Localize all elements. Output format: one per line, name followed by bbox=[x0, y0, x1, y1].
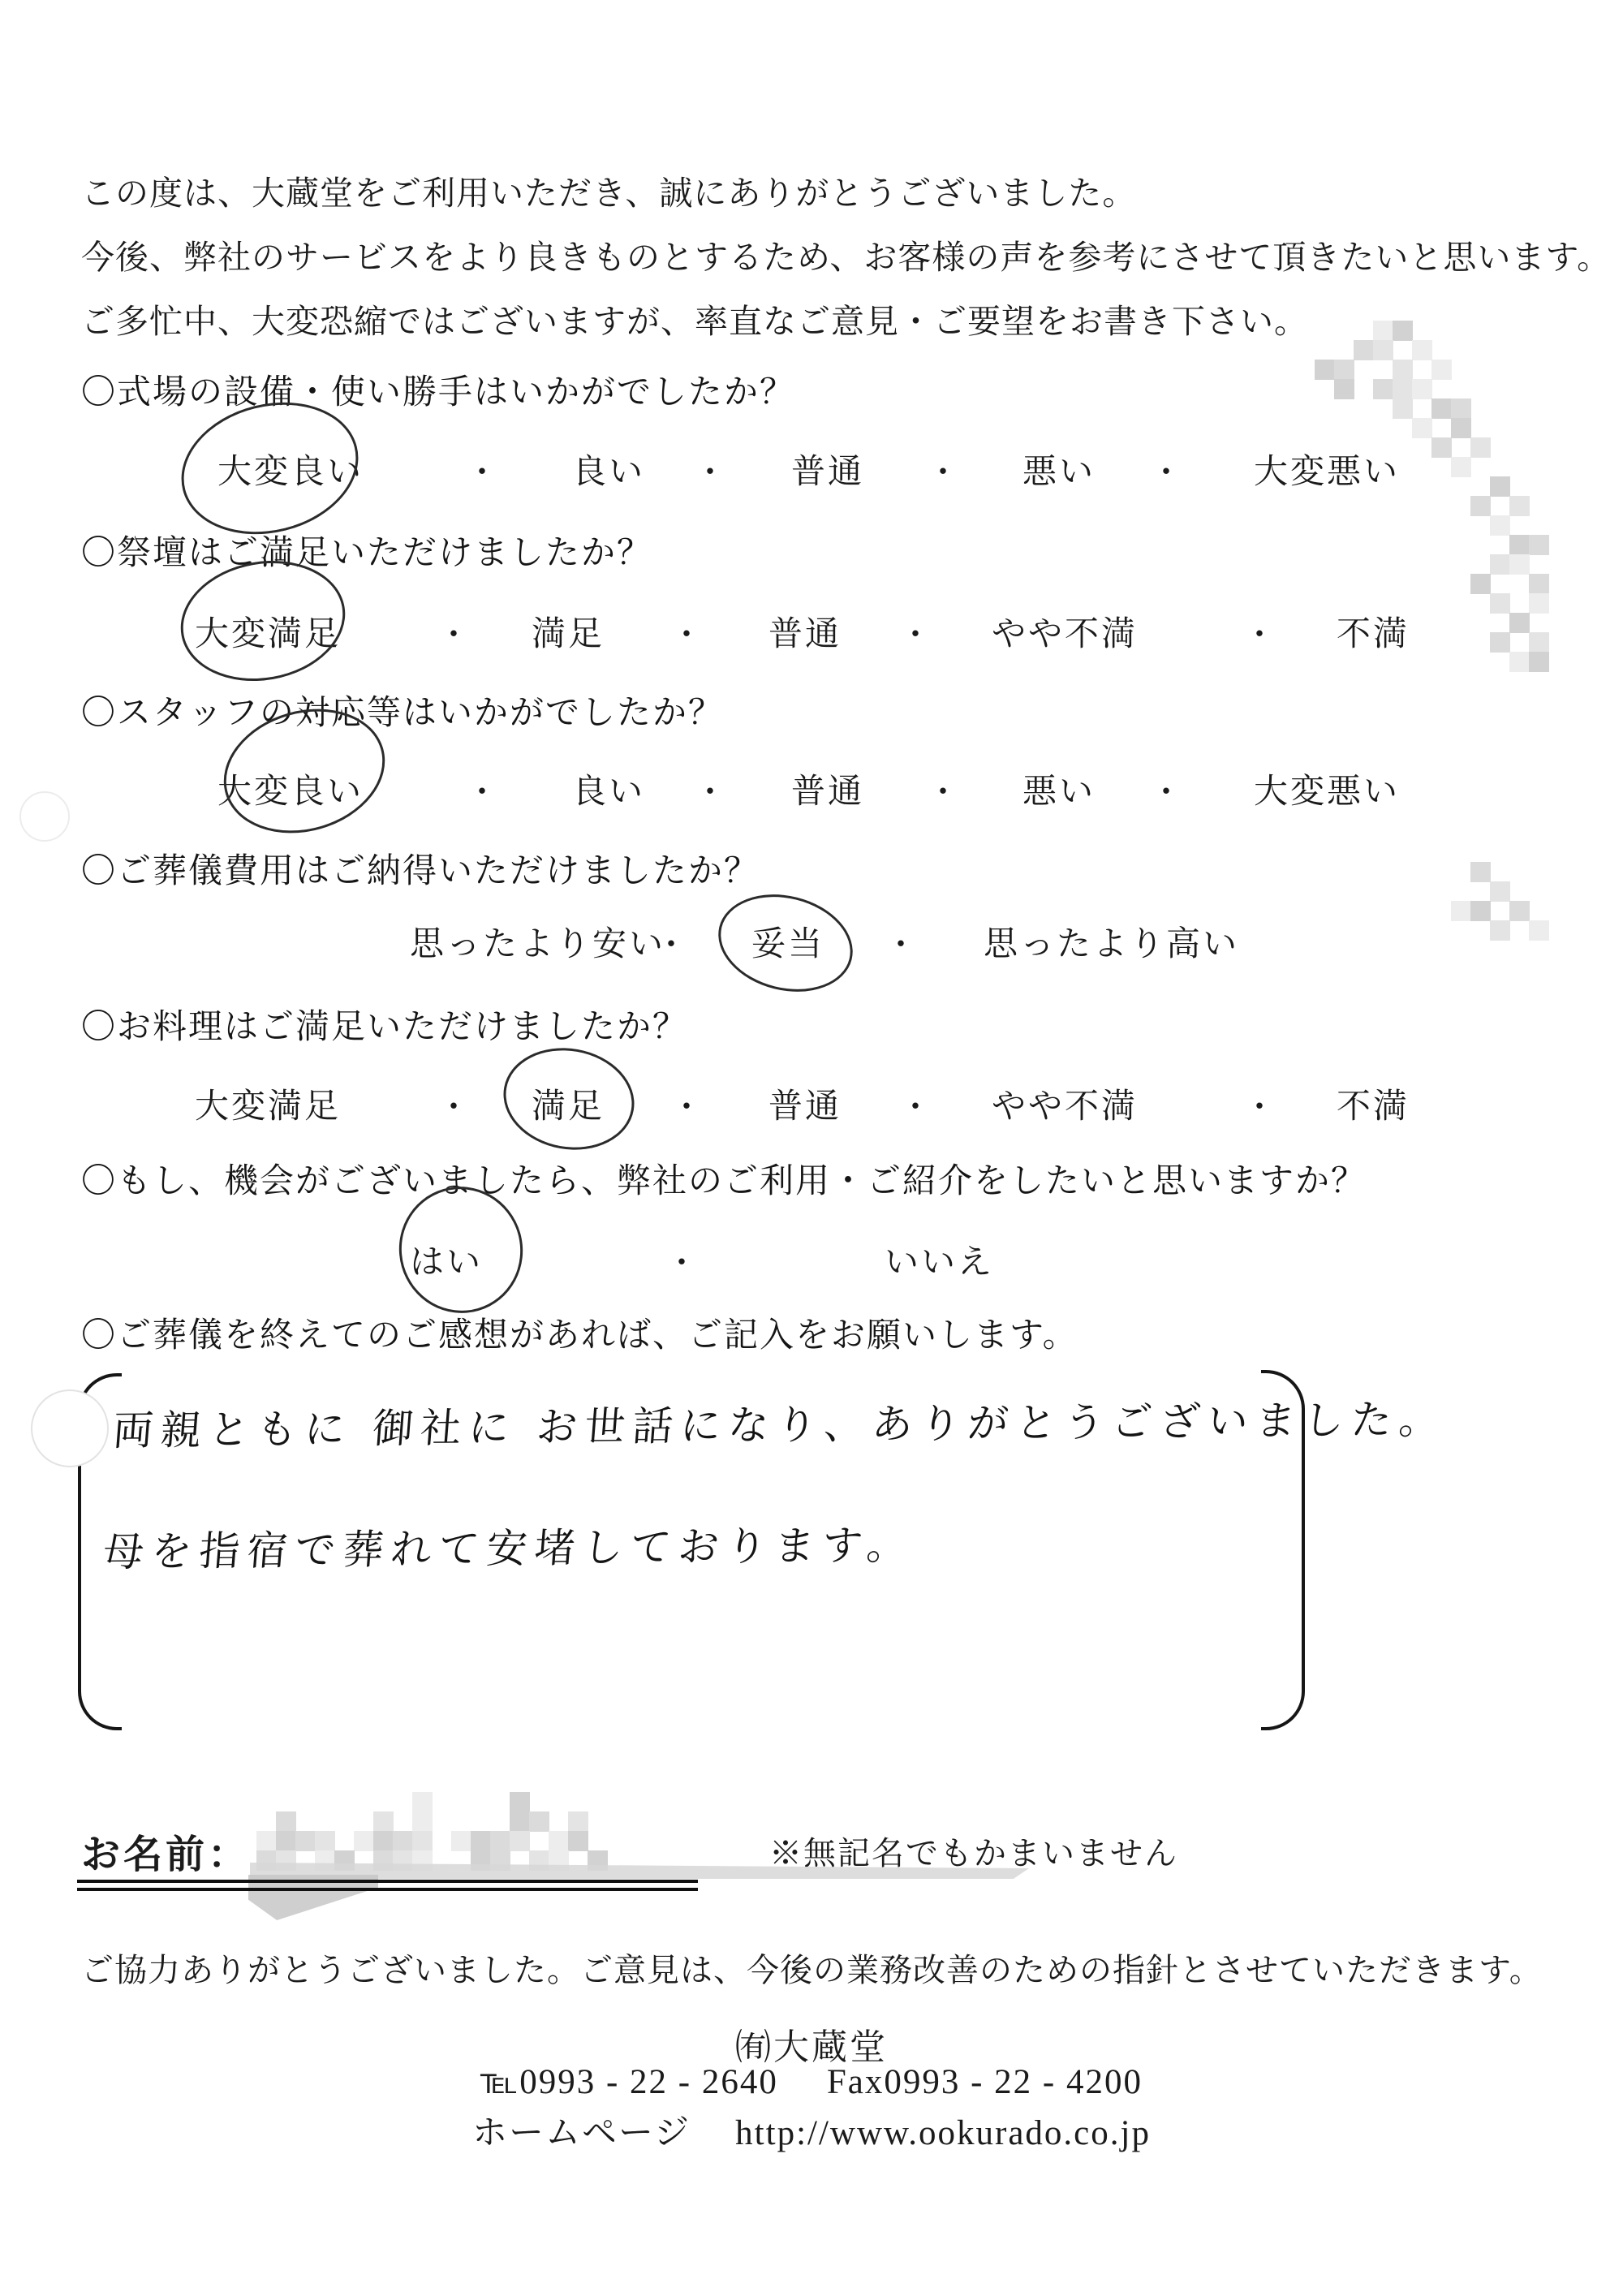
name-underline-bottom bbox=[77, 1888, 698, 1891]
option-separator-dot: ・ bbox=[670, 609, 703, 655]
closing-text: ご協力ありがとうございました。ご意見は、今後の業務改善のための指針とさせていただ… bbox=[81, 1945, 1543, 1991]
mosaic-block bbox=[1470, 496, 1491, 516]
option-separator-dot: ・ bbox=[655, 919, 687, 965]
mosaic-block bbox=[510, 1831, 530, 1851]
mosaic-block bbox=[568, 1831, 588, 1851]
mosaic-block bbox=[1529, 593, 1549, 614]
question-1-option: 悪い bbox=[1022, 445, 1096, 493]
mosaic-block bbox=[490, 1831, 510, 1851]
question-1-prompt: 〇式場の設備・使い勝手はいかがでしたか？ bbox=[81, 365, 795, 414]
mosaic-block bbox=[1451, 901, 1471, 921]
mosaic-block bbox=[510, 1811, 530, 1832]
mosaic-block bbox=[354, 1831, 374, 1851]
option-separator-dot: ・ bbox=[927, 446, 959, 493]
footer-contact: ℡0993 - 22 - 2640Fax0993 - 22 - 4200 bbox=[0, 2061, 1623, 2102]
option-separator-dot: ・ bbox=[899, 609, 932, 655]
mosaic-block bbox=[1490, 515, 1510, 536]
mosaic-block bbox=[1490, 920, 1510, 941]
option-separator-dot: ・ bbox=[1150, 766, 1182, 812]
mosaic-block bbox=[1490, 476, 1510, 497]
mosaic-block bbox=[373, 1811, 394, 1832]
mosaic-block bbox=[1529, 574, 1549, 594]
handdrawn-selection-circle bbox=[495, 1038, 642, 1160]
option-separator-dot: ・ bbox=[885, 919, 917, 965]
handwritten-comment-line-1: 両親ともに 御社に お世話になり、ありがとうございました。 bbox=[111, 1387, 1450, 1457]
question-6-prompt: 〇もし、機会がございましたら、弊社のご利用・ご紹介をしたいと思いますか？ bbox=[81, 1154, 1367, 1203]
option-separator-dot: ・ bbox=[899, 1081, 932, 1127]
question-2-option: 不満 bbox=[1337, 607, 1410, 656]
mosaic-block bbox=[1470, 437, 1491, 458]
mosaic-block bbox=[1431, 437, 1452, 458]
question-3-option: 普通 bbox=[791, 765, 864, 813]
mosaic-block bbox=[529, 1811, 549, 1832]
question-4-option: 思ったより安い bbox=[410, 917, 665, 966]
option-separator-dot: ・ bbox=[1243, 609, 1276, 655]
option-separator-dot: ・ bbox=[927, 766, 959, 812]
mosaic-block bbox=[471, 1831, 491, 1851]
question-5-option: 普通 bbox=[768, 1079, 842, 1128]
mosaic-block bbox=[295, 1831, 316, 1851]
mosaic-block bbox=[1529, 920, 1549, 941]
question-5-option: やや不満 bbox=[992, 1079, 1138, 1128]
mosaic-block bbox=[412, 1811, 433, 1832]
survey-page: この度は、大蔵堂をご利用いただき、誠にありがとうございました。 今後、弊社のサー… bbox=[0, 0, 1623, 2296]
punch-hole-artifact bbox=[31, 1389, 109, 1467]
mosaic-block bbox=[1509, 496, 1530, 516]
mosaic-block bbox=[412, 1831, 433, 1851]
question-3-prompt: 〇スタッフの対応等はいかがでしたか？ bbox=[81, 686, 724, 734]
mosaic-block bbox=[1393, 379, 1413, 399]
handwritten-comment-line-2: 母を指宿で葬れて安堵しております。 bbox=[101, 1513, 917, 1579]
question-3-option: 良い bbox=[572, 765, 645, 813]
question-1-option: 大変悪い bbox=[1254, 445, 1400, 493]
option-separator-dot: ・ bbox=[437, 1081, 470, 1127]
mosaic-block bbox=[276, 1831, 296, 1851]
mosaic-block bbox=[1470, 574, 1491, 594]
mosaic-block bbox=[393, 1831, 413, 1851]
question-2-option: 普通 bbox=[768, 607, 842, 656]
mosaic-block bbox=[1334, 360, 1354, 380]
name-field-label: お名前： bbox=[81, 1823, 250, 1879]
mosaic-block bbox=[315, 1831, 335, 1851]
option-separator-dot: ・ bbox=[1243, 1081, 1276, 1127]
mosaic-block bbox=[1490, 632, 1510, 653]
option-separator-dot: ・ bbox=[665, 1237, 698, 1283]
question-2-prompt: 〇祭壇はご満足いただけましたか？ bbox=[81, 526, 652, 575]
name-underline-top bbox=[77, 1880, 698, 1883]
mosaic-block bbox=[1470, 901, 1491, 921]
mosaic-block bbox=[1412, 418, 1432, 438]
mosaic-block bbox=[373, 1831, 394, 1851]
mosaic-block bbox=[1451, 418, 1471, 438]
mosaic-block bbox=[1393, 398, 1413, 419]
mosaic-block bbox=[1354, 340, 1374, 360]
mosaic-block bbox=[451, 1831, 471, 1851]
mosaic-block bbox=[1334, 379, 1354, 399]
mosaic-block bbox=[1509, 613, 1530, 633]
comment-prompt: 〇ご葬儀を終えてのご感想があれば、ご記入をお願いします。 bbox=[81, 1308, 1078, 1357]
option-separator-dot: ・ bbox=[694, 446, 726, 493]
question-1-option: 普通 bbox=[791, 445, 864, 493]
mosaic-block bbox=[1470, 862, 1491, 882]
mosaic-block bbox=[1490, 593, 1510, 614]
mosaic-block bbox=[1393, 360, 1413, 380]
question-4-prompt: 〇ご葬儀費用はご納得いただけましたか？ bbox=[81, 844, 760, 893]
option-separator-dot: ・ bbox=[466, 446, 498, 493]
mosaic-block bbox=[1451, 398, 1471, 419]
mosaic-block bbox=[1509, 652, 1530, 672]
option-separator-dot: ・ bbox=[670, 1081, 703, 1127]
mosaic-block bbox=[1373, 321, 1393, 341]
mosaic-block bbox=[412, 1792, 433, 1812]
punch-hole-artifact bbox=[19, 791, 70, 842]
mosaic-block bbox=[1509, 535, 1530, 555]
option-separator-dot: ・ bbox=[1150, 446, 1182, 493]
mosaic-block bbox=[1529, 652, 1549, 672]
mosaic-block bbox=[1509, 901, 1530, 921]
question-2-option: 満足 bbox=[532, 607, 605, 656]
mosaic-block bbox=[256, 1831, 277, 1851]
mosaic-block bbox=[1373, 379, 1393, 399]
mosaic-block bbox=[1529, 632, 1549, 653]
question-3-option: 悪い bbox=[1022, 765, 1096, 813]
intro-line-1: この度は、大蔵堂をご利用いただき、誠にありがとうございました。 bbox=[81, 166, 1611, 214]
footer-homepage: ホームページhttp://www.ookurado.co.jp bbox=[0, 2105, 1623, 2155]
question-4-option: 思ったより高い bbox=[984, 917, 1239, 966]
mosaic-block bbox=[549, 1831, 569, 1851]
mosaic-block bbox=[1412, 379, 1432, 399]
option-separator-dot: ・ bbox=[466, 766, 498, 812]
question-5-option: 不満 bbox=[1337, 1079, 1410, 1128]
mosaic-block bbox=[1490, 554, 1510, 575]
mosaic-block bbox=[510, 1792, 530, 1812]
mosaic-block bbox=[1393, 321, 1413, 341]
mosaic-block bbox=[1509, 554, 1530, 575]
mosaic-block bbox=[1490, 881, 1510, 902]
question-6-option: いいえ bbox=[885, 1235, 994, 1284]
intro-line-2: 今後、弊社のサービスをより良きものとするため、お客様の声を参考にさせて頂きたいと… bbox=[81, 230, 1611, 278]
mosaic-block bbox=[1373, 340, 1393, 360]
question-2-option: やや不満 bbox=[992, 607, 1138, 656]
option-separator-dot: ・ bbox=[694, 766, 726, 812]
option-separator-dot: ・ bbox=[437, 609, 470, 655]
question-5-prompt: 〇お料理はご満足いただけましたか？ bbox=[81, 1000, 688, 1049]
mosaic-block bbox=[568, 1811, 588, 1832]
footer-homepage-label: ホームページ bbox=[472, 2114, 691, 2152]
footer-tel: ℡0993 - 22 - 2640 bbox=[480, 2063, 778, 2101]
mosaic-block bbox=[1451, 457, 1471, 477]
question-3-option: 大変悪い bbox=[1254, 765, 1400, 813]
mosaic-block bbox=[1529, 535, 1549, 555]
handdrawn-selection-circle bbox=[708, 881, 863, 1005]
mosaic-block bbox=[1412, 340, 1432, 360]
footer-url: http://www.ookurado.co.jp bbox=[735, 2114, 1151, 2152]
mosaic-block bbox=[1315, 360, 1335, 380]
footer-fax: Fax0993 - 22 - 4200 bbox=[827, 2063, 1143, 2101]
mosaic-block bbox=[1431, 360, 1452, 380]
mosaic-block bbox=[276, 1811, 296, 1832]
question-1-option: 良い bbox=[572, 445, 645, 493]
intro-paragraph: この度は、大蔵堂をご利用いただき、誠にありがとうございました。 今後、弊社のサー… bbox=[81, 166, 1611, 342]
question-5-option: 大変満足 bbox=[195, 1079, 341, 1128]
mosaic-block bbox=[1431, 398, 1452, 419]
